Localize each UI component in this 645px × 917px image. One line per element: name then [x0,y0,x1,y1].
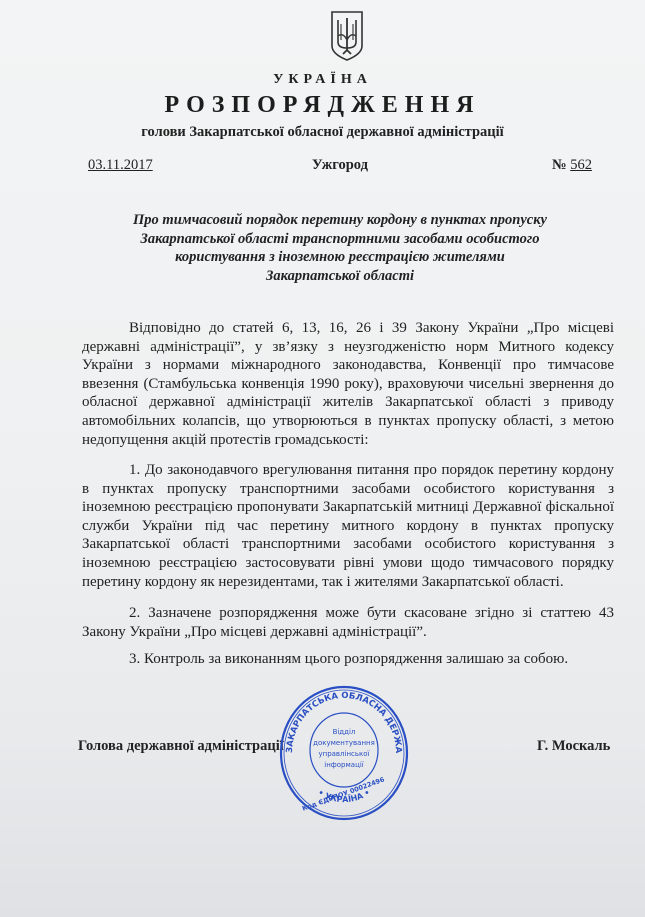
document-city: Ужгород [312,157,368,174]
issuer-line: голови Закарпатської обласної державної … [0,124,645,141]
document-page: УКРАЇНА РОЗПОРЯДЖЕННЯ голови Закарпатськ… [0,0,645,917]
stamp-code-text: Код ЄДРПОУ 00022496 [301,775,386,812]
preamble-paragraph: Відповідно до статей 6, 13, 16, 26 і 39 … [82,319,614,449]
order-item-3: 3. Контроль за виконанням цього розпоряд… [82,650,614,669]
signer-title: Голова державної адміністрації [78,738,284,755]
subject-line: Закарпатської області [100,267,580,286]
country-heading: УКРАЇНА [0,72,645,88]
order-item-1: 1. До законодавчого врегулювання питання… [82,461,614,591]
number-value: 562 [570,157,592,173]
stamp-inner-line: інформації [324,761,364,769]
document-date: 03.11.2017 [88,157,153,174]
stamp-inner-line: управлінської [318,750,369,758]
subject-line: користування з іноземною реєстрацією жит… [100,248,580,267]
number-prefix: № [552,157,570,173]
document-type-title: РОЗПОРЯДЖЕННЯ [0,92,645,119]
stamp-inner-line: Відділ [333,728,356,736]
subject-line: Закарпатської області транспортними засо… [100,230,580,249]
trident-coat-of-arms-icon [330,10,364,62]
official-stamp: ЗАКАРПАТСЬКА ОБЛАСНА ДЕРЖАВНА АДМІНІСТРА… [278,684,410,822]
signer-name: Г. Москаль [537,738,610,755]
document-subject: Про тимчасовий порядок перетину кордону … [100,211,580,285]
document-number: № 562 [552,157,592,174]
subject-line: Про тимчасовий порядок перетину кордону … [100,211,580,230]
order-item-2: 2. Зазначене розпорядження може бути ска… [82,604,614,641]
stamp-inner-line: документування [313,739,375,747]
